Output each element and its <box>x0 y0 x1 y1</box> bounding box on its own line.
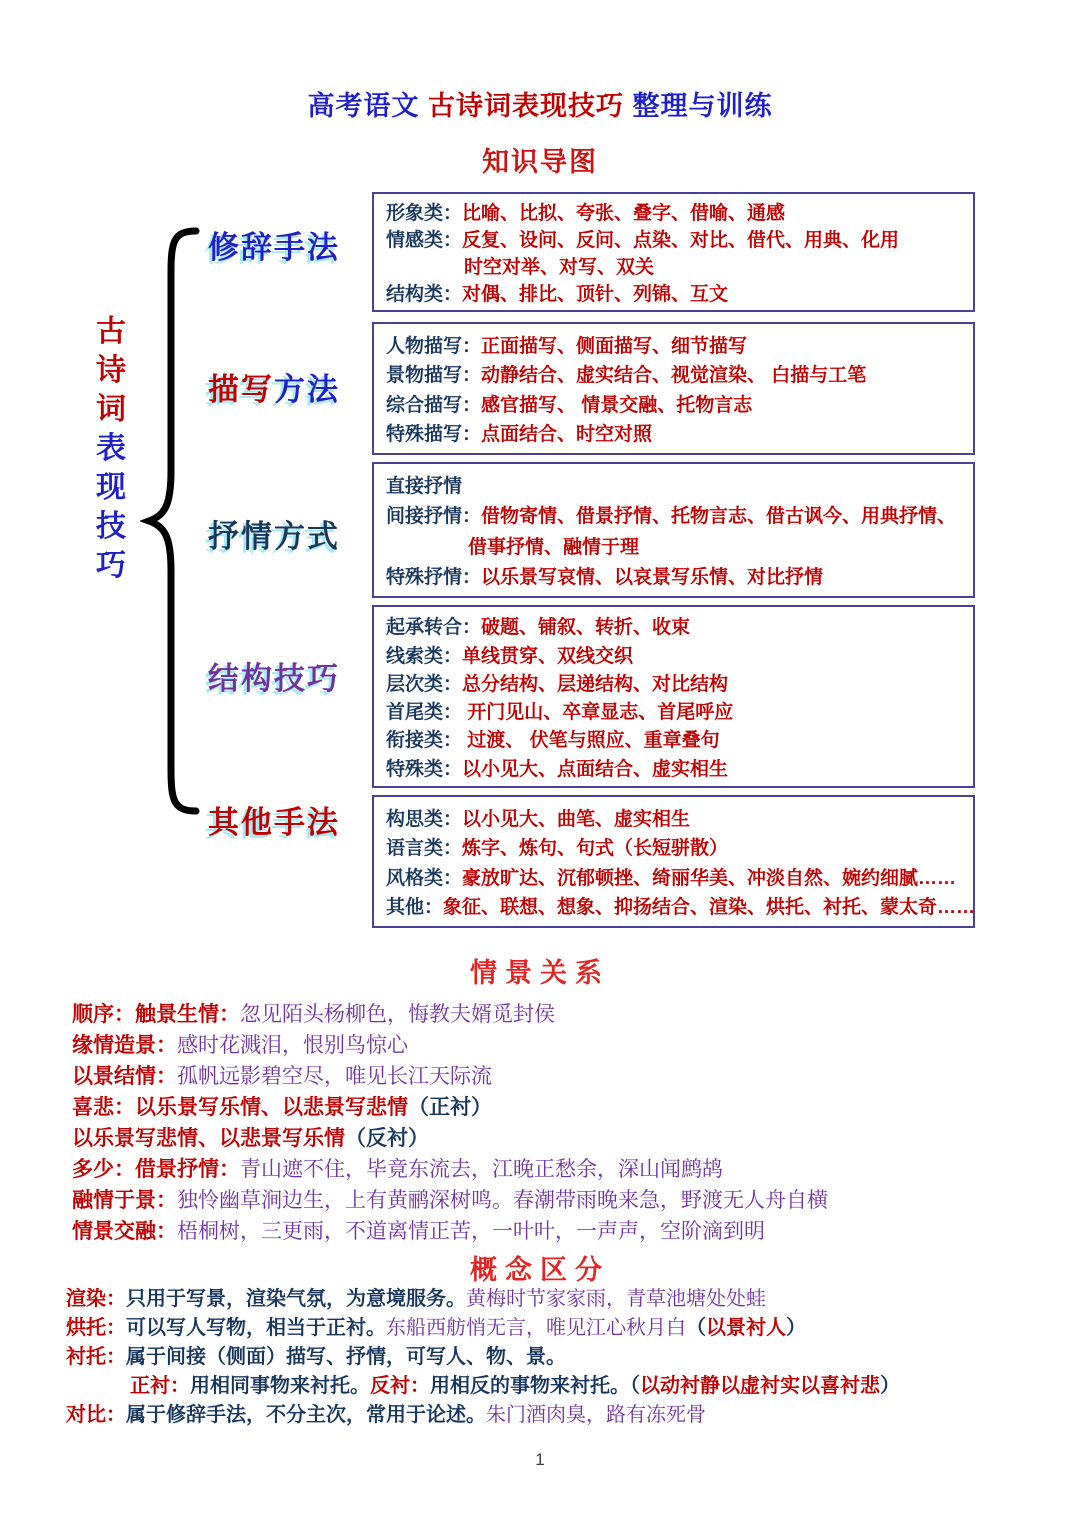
text-segment: 多少： <box>72 1158 135 1181</box>
mindmap-box-other: 构思类：以小见大、曲笔、虚实相生 语言类：炼字、炼句、句式（长短骈散） 风格类：… <box>372 795 975 928</box>
text-segment: 感时花溅泪，恨别鸟惊心 <box>177 1034 408 1057</box>
text-segment: 融情于景： <box>72 1189 177 1212</box>
text-segment: 炼字、炼句、句式（长短骈散） <box>462 838 728 859</box>
text-segment: 朱门酒肉臭，路有冻死骨 <box>486 1404 706 1426</box>
text-segment: ） <box>786 1317 806 1339</box>
list-line: 喜悲：以乐景写乐情、以悲景写悲情（正衬） <box>72 1092 828 1123</box>
text-segment: 其他手法 <box>208 805 340 840</box>
text-segment: 象征、联想、想象、抑扬结合、渲染、烘托、衬托、蒙太奇…… <box>443 897 975 918</box>
text-segment: 以乐景写哀情、以哀景写乐情、对比抒情 <box>481 567 823 588</box>
branch-label-description: 描写方法 <box>199 364 349 409</box>
box-line: 起承转合：破题、铺叙、转折、收束 <box>386 612 961 639</box>
text-segment: 其他： <box>386 897 443 918</box>
text-segment: 层次类： <box>386 674 462 695</box>
list-line: 以乐景写悲情、以悲景写乐情（反衬） <box>72 1123 828 1154</box>
box-line: 结构类：对偶、排比、顶针、列锦、互文 <box>386 279 961 306</box>
box-line: 综合描写：感官描写、 情景交融、托物言志 <box>386 390 961 417</box>
text-segment: 风格类： <box>386 868 462 889</box>
text-segment: 以景结情： <box>72 1065 177 1088</box>
box-line: 特殊描写：点面结合、时空对照 <box>386 419 961 446</box>
text-segment: 语言类： <box>386 838 462 859</box>
text-segment: 喜悲： <box>72 1096 135 1119</box>
box-line: 语言类：炼字、炼句、句式（长短骈散） <box>386 833 961 860</box>
text-segment: （ <box>630 1375 640 1397</box>
text-segment: 以景衬人 <box>706 1317 786 1339</box>
text-segment: ） <box>880 1375 900 1397</box>
box-line: 形象类：比喻、比拟、夸张、叠字、借喻、通感 <box>386 198 961 225</box>
text-segment: 梧桐树，三更雨，不道离情正苦，一叶叶，一声声，空阶滴到明 <box>177 1220 765 1243</box>
brace-icon <box>140 224 200 818</box>
text-segment: 独怜幽草涧边生，上有黄鹂深树鸣。春潮带雨晚来急，野渡无人舟自横 <box>177 1189 828 1212</box>
text-segment: 线索类： <box>386 646 462 667</box>
text-segment: 黄梅时节家家雨，青草池塘处处蛙 <box>466 1288 766 1310</box>
text-segment: 情感类： <box>386 230 462 251</box>
list-line: 渲染：只用于写景，渲染气氛，为意境服务。黄梅时节家家雨，青草池塘处处蛙 <box>66 1285 900 1314</box>
text-segment: 东船西舫悄无言，唯见江心秋月白 <box>386 1317 686 1339</box>
text-segment: 古 <box>84 312 138 351</box>
mindmap-box-structure: 起承转合：破题、铺叙、转折、收束 线索类：单线贯穿、双线交织 层次类：总分结构、… <box>372 605 975 788</box>
text-segment: 结构类： <box>386 284 462 305</box>
text-segment: 首尾类： <box>386 702 462 723</box>
page-number: 1 <box>0 1450 1080 1470</box>
list-line: 顺序：触景生情：忽见陌头杨柳色，悔教夫婿觅封侯 <box>72 999 828 1030</box>
mindmap-box-description: 人物描写：正面描写、侧面描写、细节描写 景物描写：动静结合、虚实结合、视觉渲染、… <box>372 322 975 455</box>
mindmap-box-rhetoric: 形象类：比喻、比拟、夸张、叠字、借喻、通感 情感类：反复、设问、反问、点染、对比… <box>372 192 975 312</box>
text-segment: 现 <box>84 468 138 507</box>
text-segment: 借事抒情、融情于理 <box>468 537 639 558</box>
text-segment: 顺序： <box>72 1003 135 1026</box>
text-segment: 结构技巧 <box>208 661 340 696</box>
text-segment: （反衬） <box>345 1127 429 1150</box>
text-segment: 以乐景写乐情、以悲景写悲情 <box>135 1096 408 1119</box>
document-title: 高考语文 古诗词表现技巧 整理与训练 <box>0 84 1080 123</box>
text-segment: 修辞手法 <box>208 230 340 265</box>
text-segment: 渲染： <box>66 1288 126 1310</box>
text-segment: 特殊描写： <box>386 424 481 445</box>
text-segment: 直接抒情 <box>386 476 462 497</box>
scene-relation-list: 顺序：触景生情：忽见陌头杨柳色，悔教夫婿觅封侯 缘情造景：感时花溅泪，恨别鸟惊心… <box>72 999 828 1247</box>
text-segment: 人物描写： <box>386 336 481 357</box>
text-segment: （正衬） <box>408 1096 492 1119</box>
scene-relation-heading: 情景关系 <box>0 951 1080 990</box>
text-segment: 用相反的事物来衬托。 <box>430 1375 630 1397</box>
text-segment: 描写 <box>208 372 274 407</box>
concept-distinction-list: 渲染：只用于写景，渲染气氛，为意境服务。黄梅时节家家雨，青草池塘处处蛙 烘托：可… <box>66 1285 900 1430</box>
text-segment: 只用于写景，渲染气氛，为意境服务。 <box>126 1288 466 1310</box>
text-segment: 以动衬静以虚衬实以喜衬悲 <box>640 1375 880 1397</box>
text-segment: 单线贯穿、双线交织 <box>462 646 633 667</box>
text-segment: 属于修辞手法，不分主次，常用于论述。 <box>126 1404 486 1426</box>
text-segment: 点面结合、时空对照 <box>481 424 652 445</box>
text-segment: 技 <box>84 507 138 546</box>
text-segment: 词 <box>84 390 138 429</box>
text-segment: 以乐景写悲情、以悲景写乐情 <box>72 1127 345 1150</box>
list-line: 衬托：属于间接（侧面）描写、抒情，可写人、物、景。 <box>66 1343 900 1372</box>
text-segment: （ <box>686 1317 706 1339</box>
text-segment: 忽见陌头杨柳色，悔教夫婿觅封侯 <box>240 1003 555 1026</box>
box-line: 人物描写：正面描写、侧面描写、细节描写 <box>386 331 961 358</box>
branch-label-rhetoric: 修辞手法 <box>199 222 349 267</box>
box-line: 层次类：总分结构、层递结构、对比结构 <box>386 669 961 696</box>
text-segment: 形象类： <box>386 203 462 224</box>
text-segment: 缘情造景： <box>72 1034 177 1057</box>
box-line: 时空对举、对写、双关 <box>386 252 961 279</box>
box-line: 间接抒情：借物寄情、借景抒情、托物言志、借古讽今、用典抒情、 <box>386 501 961 528</box>
text-segment: 特殊抒情： <box>386 567 481 588</box>
text-segment: 总分结构、层递结构、对比结构 <box>462 674 728 695</box>
box-line: 借事抒情、融情于理 <box>386 532 961 559</box>
list-line: 以景结情：孤帆远影碧空尽，唯见长江天际流 <box>72 1061 828 1092</box>
text-segment: 烘托： <box>66 1317 126 1339</box>
text-segment: 触景生情： <box>135 1003 240 1026</box>
text-segment: 衬托： <box>66 1346 126 1368</box>
text-segment: 巧 <box>84 546 138 585</box>
box-line: 特殊抒情：以乐景写哀情、以哀景写乐情、对比抒情 <box>386 562 961 589</box>
branch-label-lyric-mode: 抒情方式 <box>199 511 349 556</box>
box-line: 情感类：反复、设问、反问、点染、对比、借代、用典、化用 <box>386 225 961 252</box>
text-segment: 动静结合、虚实结合、视觉渲染、 白描与工笔 <box>481 365 866 386</box>
text-segment: 构思类： <box>386 809 462 830</box>
text-segment: 开门见山、卒章显志、首尾呼应 <box>462 702 733 723</box>
text-segment: 时空对举、对写、双关 <box>464 257 654 278</box>
text-segment: 特殊类： <box>386 759 462 780</box>
text-segment: 抒情方式 <box>208 519 340 554</box>
concept-distinction-heading: 概念区分 <box>0 1248 1080 1287</box>
text-segment: 感官描写、 情景交融、托物言志 <box>481 395 752 416</box>
list-line: 对比：属于修辞手法，不分主次，常用于论述。朱门酒肉臭，路有冻死骨 <box>66 1401 900 1430</box>
text-segment: 青山遮不住，毕竟东流去，江晚正愁余，深山闻鹧鸪 <box>240 1158 723 1181</box>
text-segment: 以小见大、曲笔、虚实相生 <box>462 809 690 830</box>
list-line: 情景交融：梧桐树，三更雨，不道离情正苦，一叶叶，一声声，空阶滴到明 <box>72 1216 828 1247</box>
list-line: 缘情造景：感时花溅泪，恨别鸟惊心 <box>72 1030 828 1061</box>
branch-label-other: 其他手法 <box>199 797 349 842</box>
text-segment: 比喻、比拟、夸张、叠字、借喻、通感 <box>462 203 785 224</box>
text-segment: 反复、设问、反问、点染、对比、借代、用典、化用 <box>462 230 899 251</box>
box-line: 其他：象征、联想、想象、抑扬结合、渲染、烘托、衬托、蒙太奇…… <box>386 892 961 919</box>
text-segment: 正衬： <box>130 1375 190 1397</box>
text-segment: 方法 <box>274 372 340 407</box>
text-segment: 表 <box>84 429 138 468</box>
text-segment: 过渡、 伏笔与照应、重章叠句 <box>462 730 720 751</box>
box-line: 首尾类： 开门见山、卒章显志、首尾呼应 <box>386 697 961 724</box>
text-segment: 起承转合： <box>386 617 481 638</box>
text-segment: 高考语文 <box>307 91 428 121</box>
list-line: 融情于景：独怜幽草涧边生，上有黄鹂深树鸣。春潮带雨晚来急，野渡无人舟自横 <box>72 1185 828 1216</box>
text-segment: 借物寄情、借景抒情、托物言志、借古讽今、用典抒情、 <box>481 506 956 527</box>
text-segment: 诗 <box>84 351 138 390</box>
box-line: 衔接类： 过渡、 伏笔与照应、重章叠句 <box>386 725 961 752</box>
list-line: 正衬：用相同事物来衬托。反衬：用相反的事物来衬托。（以动衬静以虚衬实以喜衬悲） <box>66 1372 900 1401</box>
text-segment: 情景交融： <box>72 1220 177 1243</box>
text-segment: 综合描写： <box>386 395 481 416</box>
text-segment: 景物描写： <box>386 365 481 386</box>
box-line: 景物描写：动静结合、虚实结合、视觉渲染、 白描与工笔 <box>386 360 961 387</box>
box-line: 特殊类：以小见大、点面结合、虚实相生 <box>386 754 961 781</box>
list-line: 烘托：可以写人写物，相当于正衬。东船西舫悄无言，唯见江心秋月白（以景衬人） <box>66 1314 900 1343</box>
text-segment: 破题、铺叙、转折、收束 <box>481 617 690 638</box>
text-segment: 借景抒情： <box>135 1158 240 1181</box>
text-segment: 古诗词表现技巧 <box>428 91 624 121</box>
text-segment: 属于间接（侧面）描写、抒情，可写人、物、景。 <box>126 1346 566 1368</box>
document-page: 高考语文 古诗词表现技巧 整理与训练 知识导图 古诗词表现技巧 修辞手法 描写方… <box>0 0 1080 1528</box>
knowledge-map-heading: 知识导图 <box>0 140 1080 179</box>
text-segment: 正面描写、侧面描写、细节描写 <box>481 336 747 357</box>
text-segment: 用相同事物来衬托。 <box>190 1375 370 1397</box>
text-segment: 间接抒情： <box>386 506 481 527</box>
box-line: 构思类：以小见大、曲笔、虚实相生 <box>386 804 961 831</box>
text-segment: 对偶、排比、顶针、列锦、互文 <box>462 284 728 305</box>
box-line: 线索类：单线贯穿、双线交织 <box>386 641 961 668</box>
text-segment: 反衬： <box>370 1375 430 1397</box>
text-segment: 衔接类： <box>386 730 462 751</box>
text-segment: 整理与训练 <box>624 91 773 121</box>
text-segment: 以小见大、点面结合、虚实相生 <box>462 759 728 780</box>
text-segment: 孤帆远影碧空尽，唯见长江天际流 <box>177 1065 492 1088</box>
box-line: 直接抒情 <box>386 471 961 498</box>
text-segment: 可以写人写物，相当于正衬。 <box>126 1317 386 1339</box>
mindmap-box-lyric-mode: 直接抒情 间接抒情：借物寄情、借景抒情、托物言志、借古讽今、用典抒情、 借事抒情… <box>372 462 975 598</box>
text-segment: 豪放旷达、沉郁顿挫、绮丽华美、冲淡自然、婉约细腻…… <box>462 868 956 889</box>
list-line: 多少：借景抒情：青山遮不住，毕竟东流去，江晚正愁余，深山闻鹧鸪 <box>72 1154 828 1185</box>
box-line: 风格类：豪放旷达、沉郁顿挫、绮丽华美、冲淡自然、婉约细腻…… <box>386 863 961 890</box>
text-segment: 对比： <box>66 1404 126 1426</box>
mindmap-root-label: 古诗词表现技巧 <box>84 312 138 585</box>
branch-label-structure: 结构技巧 <box>199 653 349 698</box>
